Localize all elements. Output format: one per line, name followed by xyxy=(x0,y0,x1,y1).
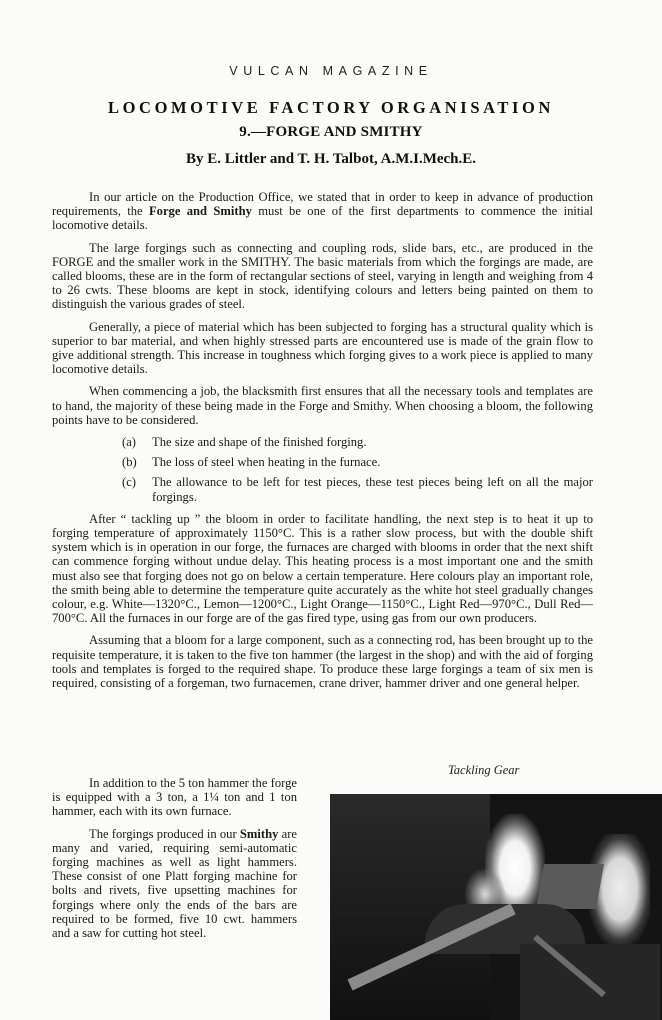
paragraph-heating: After “ tackling up ” the bloom in order… xyxy=(52,512,593,626)
magazine-page: VULCAN MAGAZINE LOCOMOTIVE FACTORY ORGAN… xyxy=(0,0,662,1020)
paragraph-smithy: The forgings produced in our Smithy are … xyxy=(52,827,297,941)
paragraph-text: The forgings produced in our xyxy=(89,827,240,841)
paragraph-blooms: The large forgings such as connecting an… xyxy=(52,241,593,312)
paragraph-grain-flow: Generally, a piece of material which has… xyxy=(52,320,593,377)
list-item: (c)The allowance to be left for test pie… xyxy=(52,475,593,503)
magazine-masthead: VULCAN MAGAZINE xyxy=(0,64,662,78)
article-byline: By E. Littler and T. H. Talbot, A.M.I.Me… xyxy=(0,151,662,168)
list-marker: (c) xyxy=(122,475,136,489)
list-item-text: The allowance to be left for test pieces… xyxy=(152,475,593,503)
article-title: LOCOMOTIVE FACTORY ORGANISATION xyxy=(0,98,662,118)
list-item-text: The size and shape of the finished forgi… xyxy=(152,435,367,449)
paragraph-commencing-job: When commencing a job, the blacksmith fi… xyxy=(52,384,593,427)
list-marker: (b) xyxy=(122,455,137,469)
list-item-text: The loss of steel when heating in the fu… xyxy=(152,455,380,469)
list-item: (a)The size and shape of the finished fo… xyxy=(52,435,593,449)
figure-caption: Tackling Gear xyxy=(448,763,519,778)
tackling-gear-photo xyxy=(330,794,662,1020)
article-subtitle: 9.—FORGE AND SMITHY xyxy=(0,124,662,141)
photo-hammer xyxy=(536,864,604,909)
list-item: (b)The loss of steel when heating in the… xyxy=(52,455,593,469)
emphasis-smithy: Smithy xyxy=(240,827,279,841)
list-marker: (a) xyxy=(122,435,136,449)
paragraph-text: are many and varied, requiring semi-auto… xyxy=(52,827,297,940)
article-body: In our article on the Production Office,… xyxy=(52,190,593,698)
considerations-list: (a)The size and shape of the finished fo… xyxy=(52,435,593,504)
left-column: In addition to the 5 ton hammer the forg… xyxy=(52,776,297,948)
paragraph-hammers: In addition to the 5 ton hammer the forg… xyxy=(52,776,297,819)
paragraph-intro: In our article on the Production Office,… xyxy=(52,190,593,233)
paragraph-five-ton-hammer: Assuming that a bloom for a large compon… xyxy=(52,633,593,690)
emphasis-forge-smithy: Forge and Smithy xyxy=(149,204,252,218)
